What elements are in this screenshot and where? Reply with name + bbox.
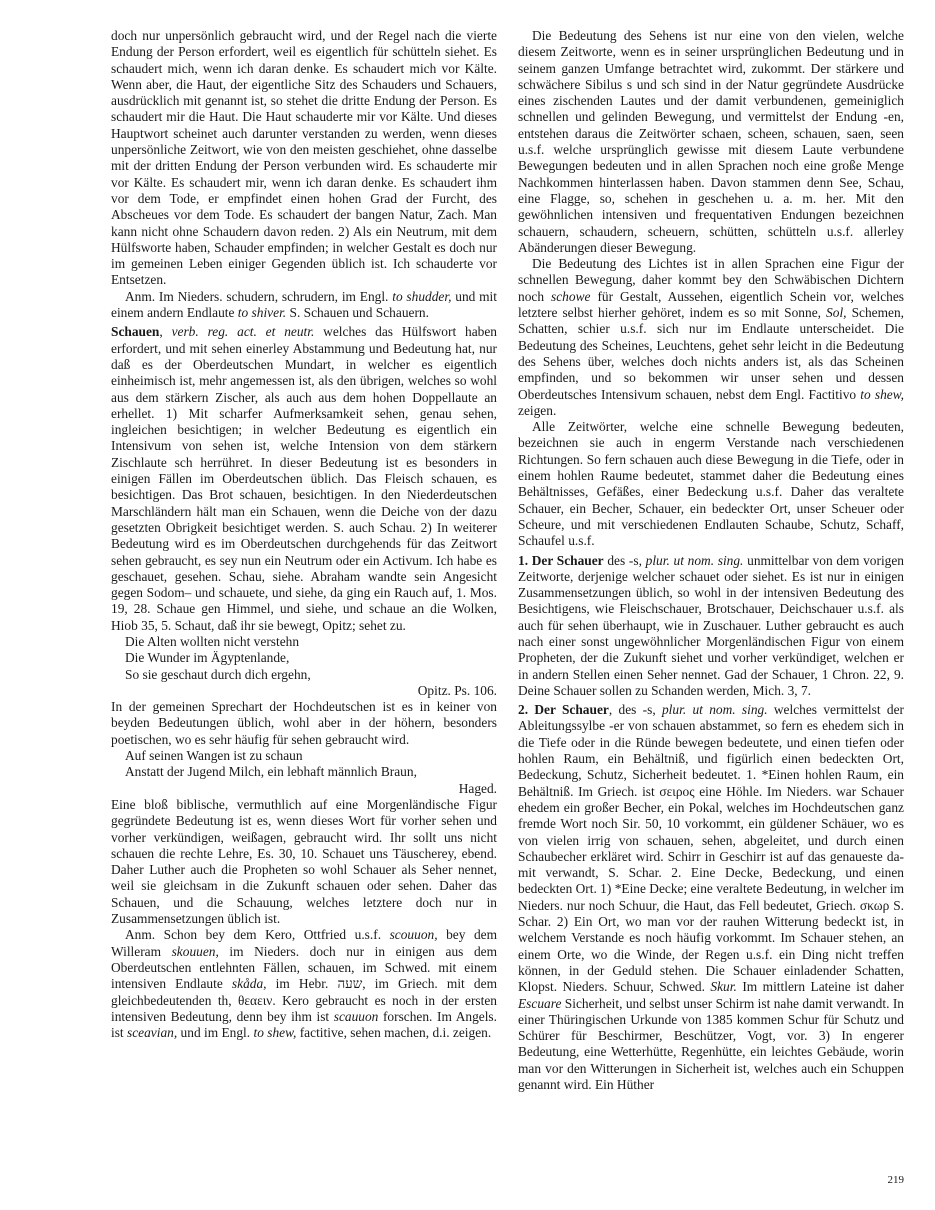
text-run: zeigen.	[518, 403, 556, 418]
text-run: welches das Hülfswort haben erfordert, u…	[111, 324, 497, 632]
paragraph: doch nur unpersönlich gebraucht wird, un…	[111, 28, 497, 289]
dictionary-entry: 2. Der Schauer, des -s, plur. ut nom. si…	[518, 702, 904, 1093]
text-run: Anm. Im Nieders. schudern, schrudern, im…	[125, 289, 392, 304]
text-run: Auf seinen Wangen ist zu schaun	[125, 748, 303, 763]
headword: 1. Der Schauer	[518, 553, 604, 568]
verse-line: Anstatt der Jugend Milch, ein lebhaft mä…	[111, 764, 497, 780]
text-run: ,	[159, 324, 171, 339]
paragraph: Die Bedeutung des Lichtes ist in allen S…	[518, 256, 904, 419]
italic-term: skouuen,	[172, 944, 219, 959]
text-run: Alle Zeitwörter, welche eine schnelle Be…	[518, 419, 904, 548]
verse-line: So sie geschaut durch dich ergehn,	[111, 667, 497, 683]
page-number: 219	[860, 1172, 904, 1188]
text-run: Eine bloß biblische, vermuthlich auf ein…	[111, 797, 497, 926]
verse-line: Die Alten wollten nicht verstehn	[111, 634, 497, 650]
text-run: Sicherheit, und selbst unser Schirm ist …	[518, 996, 904, 1092]
italic-term: skåda,	[232, 976, 267, 991]
right-column: Die Bedeutung des Sehens ist nur eine vo…	[518, 28, 904, 1093]
text-run: welches vermittelst der Ableitungssylbe …	[518, 702, 904, 994]
italic-term: sceavian,	[127, 1025, 177, 1040]
italic-term: plur. ut nom. sing.	[646, 553, 744, 568]
dictionary-page: doch nur unpersönlich gebraucht wird, un…	[0, 0, 935, 1210]
text-run: Anstatt der Jugend Milch, ein lebhaft mä…	[125, 764, 417, 779]
left-column: doch nur unpersönlich gebraucht wird, un…	[111, 28, 497, 1041]
text-run: Anm. Schon bey dem Kero, Ottfried u.s.f.	[125, 927, 390, 942]
paragraph: Alle Zeitwörter, welche eine schnelle Be…	[518, 419, 904, 549]
text-run: und im Engl.	[177, 1025, 253, 1040]
italic-term: scauuon	[334, 1009, 379, 1024]
dictionary-entry: 1. Der Schauer des -s, plur. ut nom. sin…	[518, 553, 904, 700]
italic-term: to shew,	[860, 387, 904, 402]
italic-term: Sol,	[826, 305, 846, 320]
text-run: Die Wunder im Ägyptenlande,	[125, 650, 289, 665]
text-run: unmittelbar von dem vorigen Zeitworte, d…	[518, 553, 904, 698]
italic-term: to shew,	[253, 1025, 296, 1040]
headword: Schauen	[111, 324, 159, 339]
text-run: Im mittlern Lateine ist daher	[737, 979, 904, 994]
italic-term: to shiver.	[238, 305, 286, 320]
text-run: In der gemeinen Sprechart der Hochdeutsc…	[111, 699, 497, 747]
italic-term: Skur.	[710, 979, 736, 994]
text-run: doch nur unpersönlich gebraucht wird, un…	[111, 28, 497, 287]
paragraph: Anm. Im Nieders. schudern, schrudern, im…	[111, 289, 497, 322]
text-run: Opitz. Ps. 106.	[418, 683, 497, 698]
text-run: S. Schauen und Schauern.	[286, 305, 429, 320]
italic-term: to shudder,	[392, 289, 451, 304]
italic-term: scouuon,	[390, 927, 438, 942]
verse-line: Auf seinen Wangen ist zu schaun	[111, 748, 497, 764]
citation-attribution: Opitz. Ps. 106.	[111, 683, 497, 699]
text-run: facti­tive, sehen machen, d.i. zeigen.	[296, 1025, 491, 1040]
text-run: So sie geschaut durch dich ergehn,	[125, 667, 311, 682]
headword: 2. Der Schauer	[518, 702, 609, 717]
paragraph: Die Bedeutung des Sehens ist nur eine vo…	[518, 28, 904, 256]
text-run: Die Bedeutung des Sehens ist nur eine vo…	[518, 28, 904, 255]
paragraph: In der gemeinen Sprechart der Hochdeutsc…	[111, 699, 497, 748]
citation-attribution: Haged.	[111, 781, 497, 797]
text-run: , des -s,	[609, 702, 662, 717]
verse-line: Die Wunder im Ägyptenlande,	[111, 650, 497, 666]
dictionary-entry: Schauen, verb. reg. act. et neutr. welch…	[111, 324, 497, 634]
italic-term: plur. ut nom. sing.	[662, 702, 768, 717]
italic-term: verb. reg. act. et neutr.	[172, 324, 315, 339]
text-run: des -s,	[604, 553, 646, 568]
paragraph: Eine bloß biblische, vermuthlich auf ein…	[111, 797, 497, 927]
italic-term: Escuare	[518, 996, 561, 1011]
paragraph: Anm. Schon bey dem Kero, Ottfried u.s.f.…	[111, 927, 497, 1041]
text-run: Haged.	[459, 781, 497, 796]
text-run: Die Alten wollten nicht verstehn	[125, 634, 299, 649]
italic-term: schowe	[551, 289, 590, 304]
